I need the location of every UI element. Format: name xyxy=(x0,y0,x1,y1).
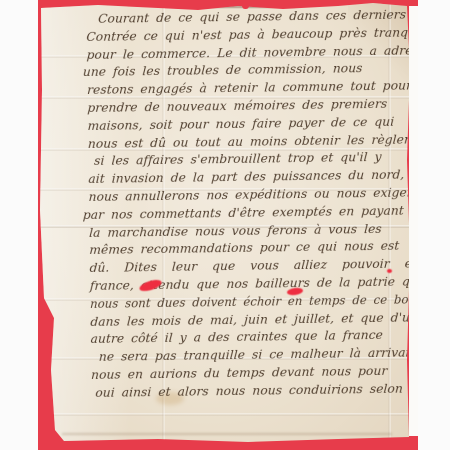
red-tab xyxy=(197,0,204,9)
paper-top-edge-shadow xyxy=(175,6,295,8)
red-wax-dot xyxy=(387,269,392,273)
paper-bottom-edge-shadow xyxy=(62,433,392,435)
fold-line xyxy=(38,413,418,416)
photo-scene: Courant de ce qui se passe dans ces dern… xyxy=(0,0,450,450)
photo-right-gap xyxy=(409,6,418,436)
letter-line: oui ainsi et alors nous nous conduirions… xyxy=(95,380,422,402)
letter-paper: Courant de ce qui se passe dans ces dern… xyxy=(38,0,418,450)
red-tab xyxy=(242,0,249,9)
red-backing-background: Courant de ce qui se passe dans ces dern… xyxy=(38,0,418,450)
letter-text: Courant de ce qui se passe dans ces dern… xyxy=(86,6,421,402)
